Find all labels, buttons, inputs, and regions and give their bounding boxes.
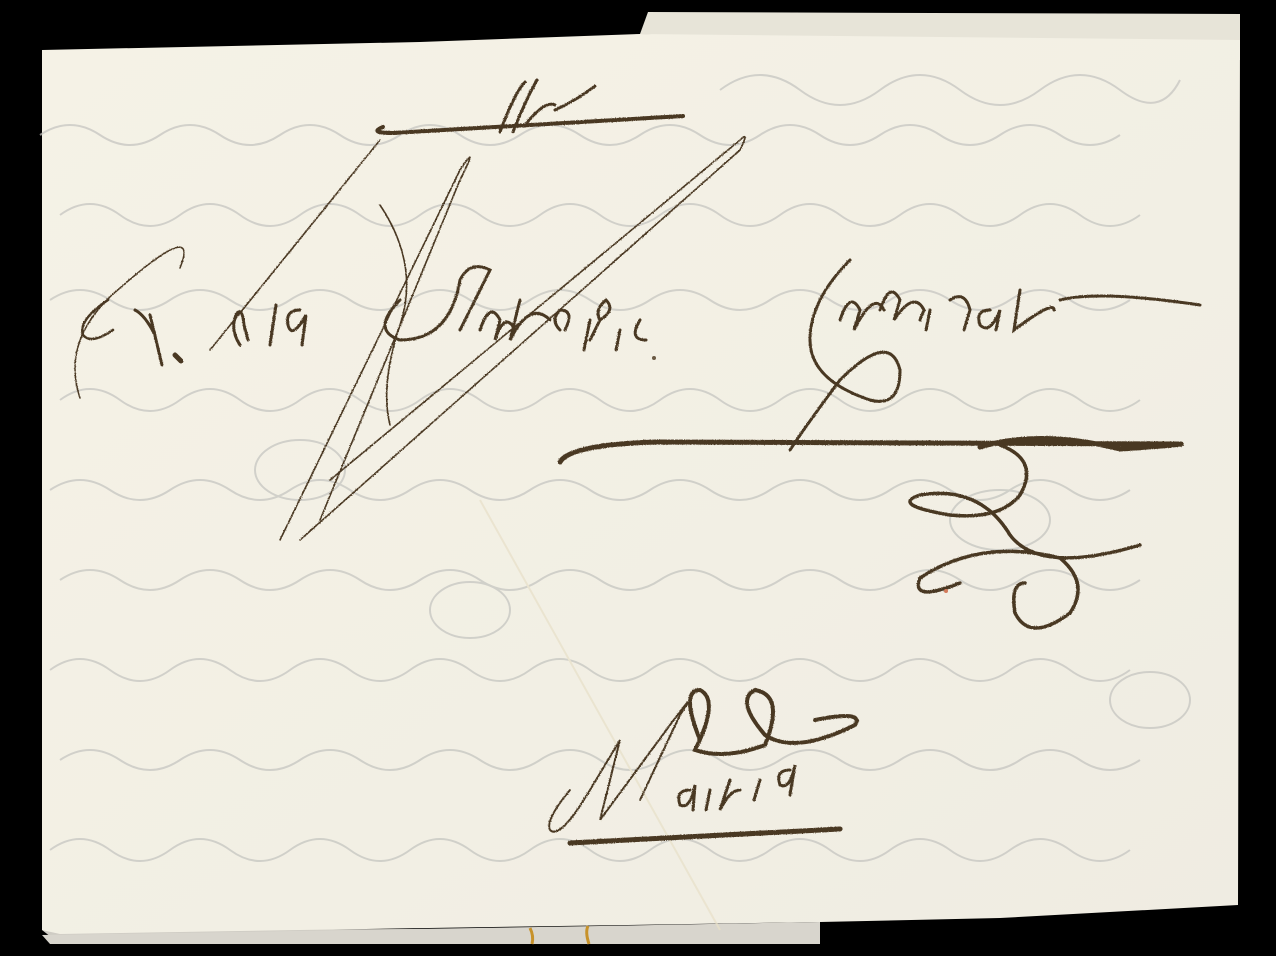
letter-photograph [0, 0, 1276, 956]
ink-dot [652, 356, 656, 360]
stain [944, 589, 948, 593]
